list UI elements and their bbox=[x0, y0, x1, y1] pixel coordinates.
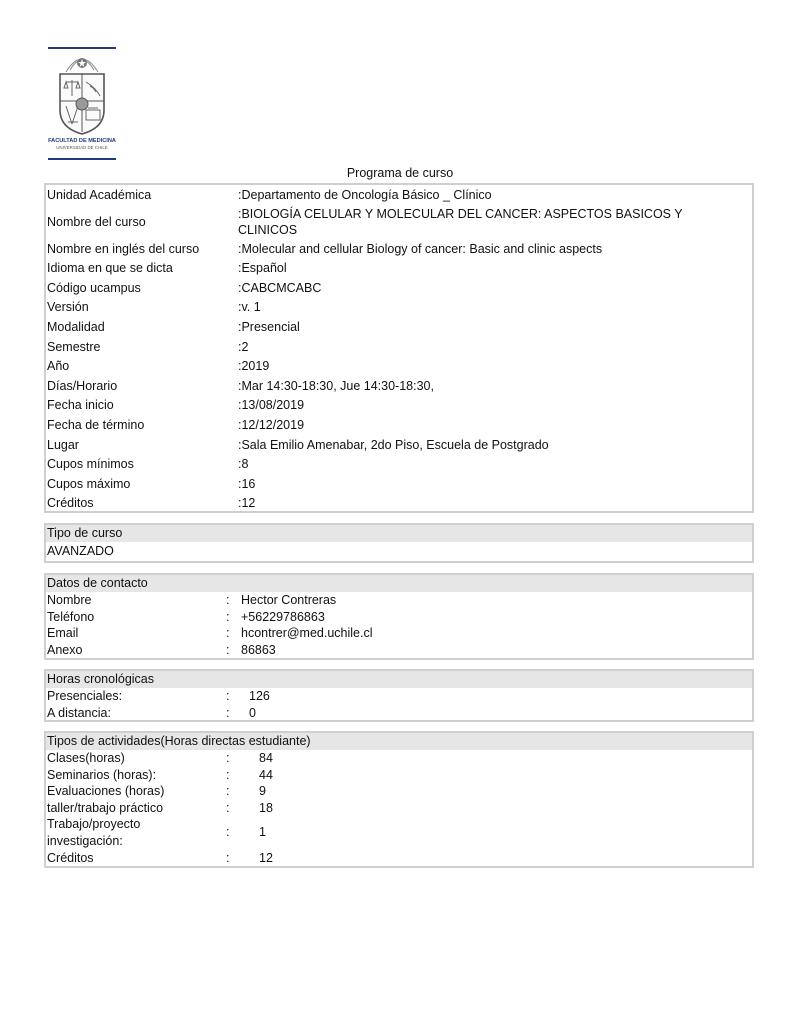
actividades-label: Evaluaciones (horas) bbox=[47, 783, 164, 800]
actividades-label: Créditos bbox=[47, 850, 94, 867]
separator-colon: : bbox=[226, 705, 229, 722]
info-value: :CABCMCABC bbox=[238, 279, 321, 299]
contacto-label: Nombre bbox=[47, 592, 91, 609]
hours-box: Horas cronológicas Presenciales::126A di… bbox=[44, 669, 754, 722]
info-row: Créditos:12 bbox=[46, 494, 752, 514]
actividades-value: 18 bbox=[259, 800, 273, 817]
info-value: :12/12/2019 bbox=[238, 416, 304, 436]
contacto-label: Anexo bbox=[47, 642, 82, 659]
faculty-logo: FACULTAD DE MEDICINA UNIVERSIDAD DE CHIL… bbox=[46, 46, 118, 162]
separator-colon: : bbox=[226, 688, 229, 705]
actividades-row: taller/trabajo práctico:18 bbox=[46, 800, 752, 817]
info-label: Semestre bbox=[47, 338, 101, 358]
contacto-label: Teléfono bbox=[47, 609, 94, 626]
activities-box: Tipos de actividades(Horas directas estu… bbox=[44, 731, 754, 868]
separator-colon: : bbox=[226, 592, 229, 609]
info-label: Nombre del curso bbox=[47, 213, 146, 232]
info-label: Fecha de término bbox=[47, 416, 144, 436]
info-label: Lugar bbox=[47, 436, 79, 456]
info-value: :2 bbox=[238, 338, 248, 358]
activities-header: Tipos de actividades(Horas directas estu… bbox=[46, 733, 752, 750]
actividades-label: Clases(horas) bbox=[47, 750, 125, 767]
actividades-row: Trabajo/proyecto investigación::1 bbox=[46, 816, 752, 850]
contacto-row: Anexo:86863 bbox=[46, 642, 752, 659]
info-value: :Mar 14:30-18:30, Jue 14:30-18:30, bbox=[238, 377, 434, 397]
info-row: Nombre en inglés del curso:Molecular and… bbox=[46, 240, 752, 260]
info-row: Idioma en que se dicta:Español bbox=[46, 259, 752, 279]
separator-colon: : bbox=[226, 783, 229, 800]
contact-header: Datos de contacto bbox=[46, 575, 752, 592]
horas-label: A distancia: bbox=[47, 705, 111, 722]
info-value: :8 bbox=[238, 455, 248, 475]
info-row: Modalidad:Presencial bbox=[46, 318, 752, 338]
horas-value: 126 bbox=[249, 688, 270, 705]
actividades-label: Trabajo/proyecto investigación: bbox=[47, 816, 177, 849]
info-label: Versión bbox=[47, 298, 89, 318]
info-value: :Molecular and cellular Biology of cance… bbox=[238, 240, 602, 260]
info-label: Modalidad bbox=[47, 318, 105, 338]
info-value: :2019 bbox=[238, 357, 269, 377]
info-value: :Presencial bbox=[238, 318, 300, 338]
crest-icon: FACULTAD DE MEDICINA UNIVERSIDAD DE CHIL… bbox=[46, 46, 118, 162]
info-value: :Español bbox=[238, 259, 287, 279]
info-value: :12 bbox=[238, 494, 255, 514]
info-row: Lugar:Sala Emilio Amenabar, 2do Piso, Es… bbox=[46, 436, 752, 456]
separator-colon: : bbox=[226, 750, 229, 767]
info-row: Cupos máximo:16 bbox=[46, 475, 752, 495]
contacto-value: +56229786863 bbox=[241, 609, 325, 626]
horas-row: Presenciales::126 bbox=[46, 688, 752, 705]
info-row: Fecha inicio:13/08/2019 bbox=[46, 396, 752, 416]
separator-colon: : bbox=[226, 642, 229, 659]
course-type-header: Tipo de curso bbox=[46, 525, 752, 542]
course-type-box: Tipo de curso AVANZADO bbox=[44, 523, 754, 563]
info-value: :BIOLOGÍA CELULAR Y MOLECULAR DEL CANCER… bbox=[238, 206, 738, 238]
actividades-row: Clases(horas):84 bbox=[46, 750, 752, 767]
contact-box: Datos de contacto Nombre:Hector Contrera… bbox=[44, 573, 754, 660]
page-title: Programa de curso bbox=[0, 166, 800, 180]
info-row: Semestre:2 bbox=[46, 338, 752, 358]
info-value: :Sala Emilio Amenabar, 2do Piso, Escuela… bbox=[238, 436, 549, 456]
actividades-value: 1 bbox=[259, 824, 266, 841]
actividades-row: Seminarios (horas)::44 bbox=[46, 767, 752, 784]
info-label: Cupos mínimos bbox=[47, 455, 134, 475]
separator-colon: : bbox=[226, 800, 229, 817]
contacto-value: Hector Contreras bbox=[241, 592, 336, 609]
actividades-label: Seminarios (horas): bbox=[47, 767, 156, 784]
info-row: Código ucampus:CABCMCABC bbox=[46, 279, 752, 299]
contacto-label: Email bbox=[47, 625, 78, 642]
info-value: :Departamento de Oncología Básico _ Clín… bbox=[238, 186, 492, 206]
general-info-table: Unidad Académica:Departamento de Oncolog… bbox=[44, 183, 754, 513]
info-row: Año:2019 bbox=[46, 357, 752, 377]
separator-colon: : bbox=[226, 625, 229, 642]
info-row: Días/Horario:Mar 14:30-18:30, Jue 14:30-… bbox=[46, 377, 752, 397]
info-label: Días/Horario bbox=[47, 377, 117, 397]
horas-row: A distancia::0 bbox=[46, 705, 752, 722]
info-label: Cupos máximo bbox=[47, 475, 130, 495]
separator-colon: : bbox=[226, 609, 229, 626]
info-row: Cupos mínimos:8 bbox=[46, 455, 752, 475]
horas-label: Presenciales: bbox=[47, 688, 122, 705]
contacto-row: Email:hcontrer@med.uchile.cl bbox=[46, 625, 752, 642]
info-row: Unidad Académica:Departamento de Oncolog… bbox=[46, 186, 752, 206]
separator-colon: : bbox=[226, 824, 229, 841]
info-label: Idioma en que se dicta bbox=[47, 259, 173, 279]
info-label: Código ucampus bbox=[47, 279, 141, 299]
actividades-row: Evaluaciones (horas):9 bbox=[46, 783, 752, 800]
info-value: :16 bbox=[238, 475, 255, 495]
course-type-value: AVANZADO bbox=[46, 542, 752, 560]
actividades-value: 9 bbox=[259, 783, 266, 800]
actividades-value: 12 bbox=[259, 850, 273, 867]
horas-value: 0 bbox=[249, 705, 256, 722]
info-label: Créditos bbox=[47, 494, 94, 514]
info-row: Nombre del curso:BIOLOGÍA CELULAR Y MOLE… bbox=[46, 206, 752, 240]
actividades-value: 44 bbox=[259, 767, 273, 784]
logo-line2: UNIVERSIDAD DE CHILE bbox=[56, 145, 108, 150]
info-label: Nombre en inglés del curso bbox=[47, 240, 199, 260]
hours-header: Horas cronológicas bbox=[46, 671, 752, 688]
info-label: Fecha inicio bbox=[47, 396, 114, 416]
contacto-value: 86863 bbox=[241, 642, 276, 659]
contacto-value: hcontrer@med.uchile.cl bbox=[241, 625, 373, 642]
actividades-row: Créditos:12 bbox=[46, 850, 752, 867]
info-label: Año bbox=[47, 357, 69, 377]
actividades-value: 84 bbox=[259, 750, 273, 767]
separator-colon: : bbox=[226, 767, 229, 784]
separator-colon: : bbox=[226, 850, 229, 867]
info-value: :v. 1 bbox=[238, 298, 261, 318]
info-row: Fecha de término:12/12/2019 bbox=[46, 416, 752, 436]
actividades-label: taller/trabajo práctico bbox=[47, 800, 163, 817]
info-value: :13/08/2019 bbox=[238, 396, 304, 416]
info-label: Unidad Académica bbox=[47, 186, 151, 206]
logo-line1: FACULTAD DE MEDICINA bbox=[48, 138, 116, 144]
info-row: Versión:v. 1 bbox=[46, 298, 752, 318]
contacto-row: Nombre:Hector Contreras bbox=[46, 592, 752, 609]
contacto-row: Teléfono:+56229786863 bbox=[46, 609, 752, 626]
